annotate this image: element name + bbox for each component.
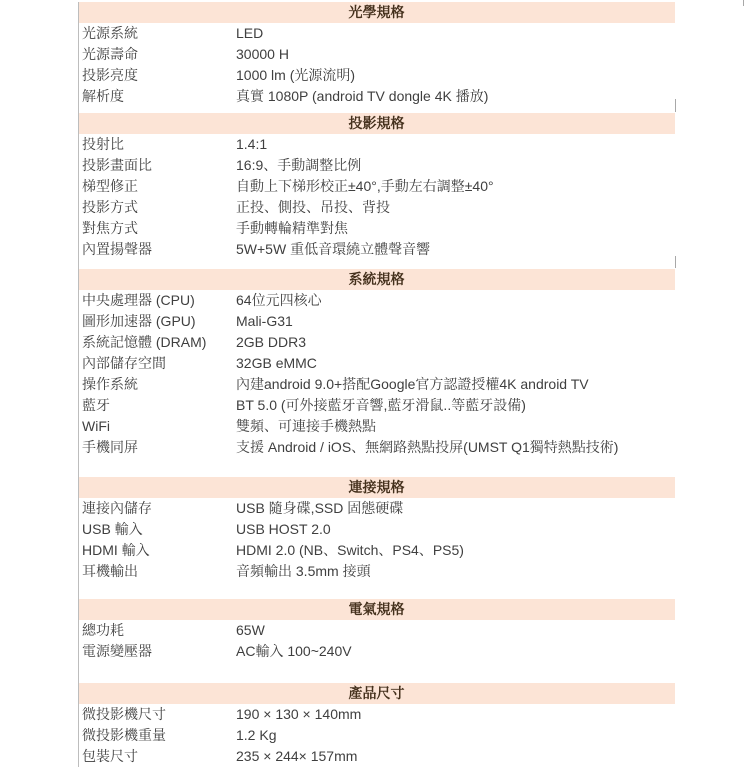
section-title: 光學規格 [349,4,405,20]
spec-label: 梯型修正 [78,176,236,197]
spec-row: 中央處理器 (CPU)64位元四核心 [78,290,675,311]
spec-label: 圖形加速器 (GPU) [78,311,236,332]
spec-label: 總功耗 [78,620,236,641]
spec-value: BT 5.0 (可外接藍牙音響,藍牙滑鼠..等藍牙設備) [236,395,675,416]
spec-row: 投影亮度1000 lm (光源流明) [78,65,675,86]
spec-label: 投影亮度 [78,65,236,86]
spec-value: 32GB eMMC [236,353,675,374]
spec-value: USB 隨身碟,SSD 固態硬碟 [236,498,675,519]
section-header: 系統規格 [78,269,675,290]
spec-row: 投影畫面比16:9、手動調整比例 [78,155,675,176]
spec-row: 微投影機重量1.2 Kg [78,725,675,746]
spec-value: 2GB DDR3 [236,332,675,353]
table-right-border-segment [675,99,676,112]
section-gap [78,458,675,477]
section-header: 投影規格 [78,113,675,134]
spec-row: USB 輸入USB HOST 2.0 [78,519,675,540]
spec-label: 耳機輸出 [78,561,236,582]
spec-value: 1.2 Kg [236,725,675,746]
section-gap [78,582,675,599]
spec-label: HDMI 輸入 [78,540,236,561]
spec-label: 內部儲存空間 [78,353,236,374]
spec-row: 藍牙BT 5.0 (可外接藍牙音響,藍牙滑鼠..等藍牙設備) [78,395,675,416]
spec-value: 自動上下梯形校正±40°,手動左右調整±40° [236,176,675,197]
table-top-right-border-segment [743,0,744,6]
spec-value: 1.4:1 [236,134,675,155]
spec-label: 解析度 [78,86,236,107]
spec-value: 30000 H [236,44,675,65]
spec-row: 總功耗65W [78,620,675,641]
spec-table: 光學規格光源系統LED光源壽命30000 H投影亮度1000 lm (光源流明)… [78,2,675,767]
spec-row: 電源變壓器AC輸入 100~240V [78,641,675,662]
section-title: 電氣規格 [349,601,405,617]
spec-row: 圖形加速器 (GPU)Mali-G31 [78,311,675,332]
spec-value: 64位元四核心 [236,290,675,311]
spec-value: 5W+5W 重低音環繞立體聲音響 [236,239,675,260]
spec-label: 手機同屏 [78,437,236,458]
spec-value: 內建android 9.0+搭配Google官方認證授權4K android T… [236,374,675,395]
section-header: 連接規格 [78,477,675,498]
spec-value: 真實 1080P (android TV dongle 4K 播放) [236,86,675,107]
spec-row: 手機同屏支援 Android / iOS、無網路熱點投屏(UMST Q1獨特熱點… [78,437,675,458]
spec-row: 解析度真實 1080P (android TV dongle 4K 播放) [78,86,675,107]
spec-value: 190 × 130 × 140mm [236,704,675,725]
spec-row: 操作系統內建android 9.0+搭配Google官方認證授權4K andro… [78,374,675,395]
section-gap [78,662,675,683]
spec-value: USB HOST 2.0 [236,519,675,540]
spec-label: 中央處理器 (CPU) [78,290,236,311]
spec-row: WiFi雙頻、可連接手機熱點 [78,416,675,437]
spec-label: USB 輸入 [78,519,236,540]
spec-value: 235 × 244× 157mm [236,746,675,767]
spec-sheet-page: 光學規格光源系統LED光源壽命30000 H投影亮度1000 lm (光源流明)… [0,0,750,767]
spec-value: LED [236,23,675,44]
spec-value: 正投、側投、吊投、背投 [236,197,675,218]
spec-label: WiFi [78,416,236,437]
spec-row: HDMI 輸入HDMI 2.0 (NB、Switch、PS4、PS5) [78,540,675,561]
spec-row: 投射比1.4:1 [78,134,675,155]
spec-label: 操作系統 [78,374,236,395]
spec-label: 投影方式 [78,197,236,218]
spec-value: 支援 Android / iOS、無網路熱點投屏(UMST Q1獨特熱點技術) [236,437,675,458]
table-right-border-segment [675,256,676,268]
section-title: 系統規格 [349,271,405,287]
spec-row: 光源系統LED [78,23,675,44]
spec-label: 投影畫面比 [78,155,236,176]
section-title: 投影規格 [349,115,405,131]
spec-value: 1000 lm (光源流明) [236,65,675,86]
section-header: 電氣規格 [78,599,675,620]
spec-value: 音頻輸出 3.5mm 接頭 [236,561,675,582]
spec-value: 手動轉輪精準對焦 [236,218,675,239]
spec-value: Mali-G31 [236,311,675,332]
spec-label: 微投影機重量 [78,725,236,746]
spec-label: 系統記憶體 (DRAM) [78,332,236,353]
spec-row: 耳機輸出音頻輸出 3.5mm 接頭 [78,561,675,582]
spec-row: 投影方式正投、側投、吊投、背投 [78,197,675,218]
spec-label: 電源變壓器 [78,641,236,662]
section-title: 產品尺寸 [349,685,405,701]
spec-value: 雙頻、可連接手機熱點 [236,416,675,437]
spec-label: 光源壽命 [78,44,236,65]
spec-row: 內置揚聲器5W+5W 重低音環繞立體聲音響 [78,239,675,260]
spec-value: 65W [236,620,675,641]
section-header: 光學規格 [78,2,675,23]
section-title: 連接規格 [349,479,405,495]
spec-row: 梯型修正自動上下梯形校正±40°,手動左右調整±40° [78,176,675,197]
table-left-border [78,2,79,767]
spec-label: 投射比 [78,134,236,155]
spec-row: 連接內儲存USB 隨身碟,SSD 固態硬碟 [78,498,675,519]
spec-value: AC輸入 100~240V [236,641,675,662]
spec-value: HDMI 2.0 (NB、Switch、PS4、PS5) [236,540,675,561]
spec-label: 光源系統 [78,23,236,44]
spec-row: 對焦方式手動轉輪精準對焦 [78,218,675,239]
spec-row: 系統記憶體 (DRAM)2GB DDR3 [78,332,675,353]
spec-label: 包裝尺寸 [78,746,236,767]
spec-label: 內置揚聲器 [78,239,236,260]
spec-row: 微投影機尺寸190 × 130 × 140mm [78,704,675,725]
spec-row: 光源壽命30000 H [78,44,675,65]
spec-value: 16:9、手動調整比例 [236,155,675,176]
spec-row: 內部儲存空間32GB eMMC [78,353,675,374]
spec-label: 連接內儲存 [78,498,236,519]
spec-label: 微投影機尺寸 [78,704,236,725]
spec-row: 包裝尺寸235 × 244× 157mm [78,746,675,767]
spec-label: 對焦方式 [78,218,236,239]
spec-label: 藍牙 [78,395,236,416]
section-header: 產品尺寸 [78,683,675,704]
section-gap [78,260,675,269]
